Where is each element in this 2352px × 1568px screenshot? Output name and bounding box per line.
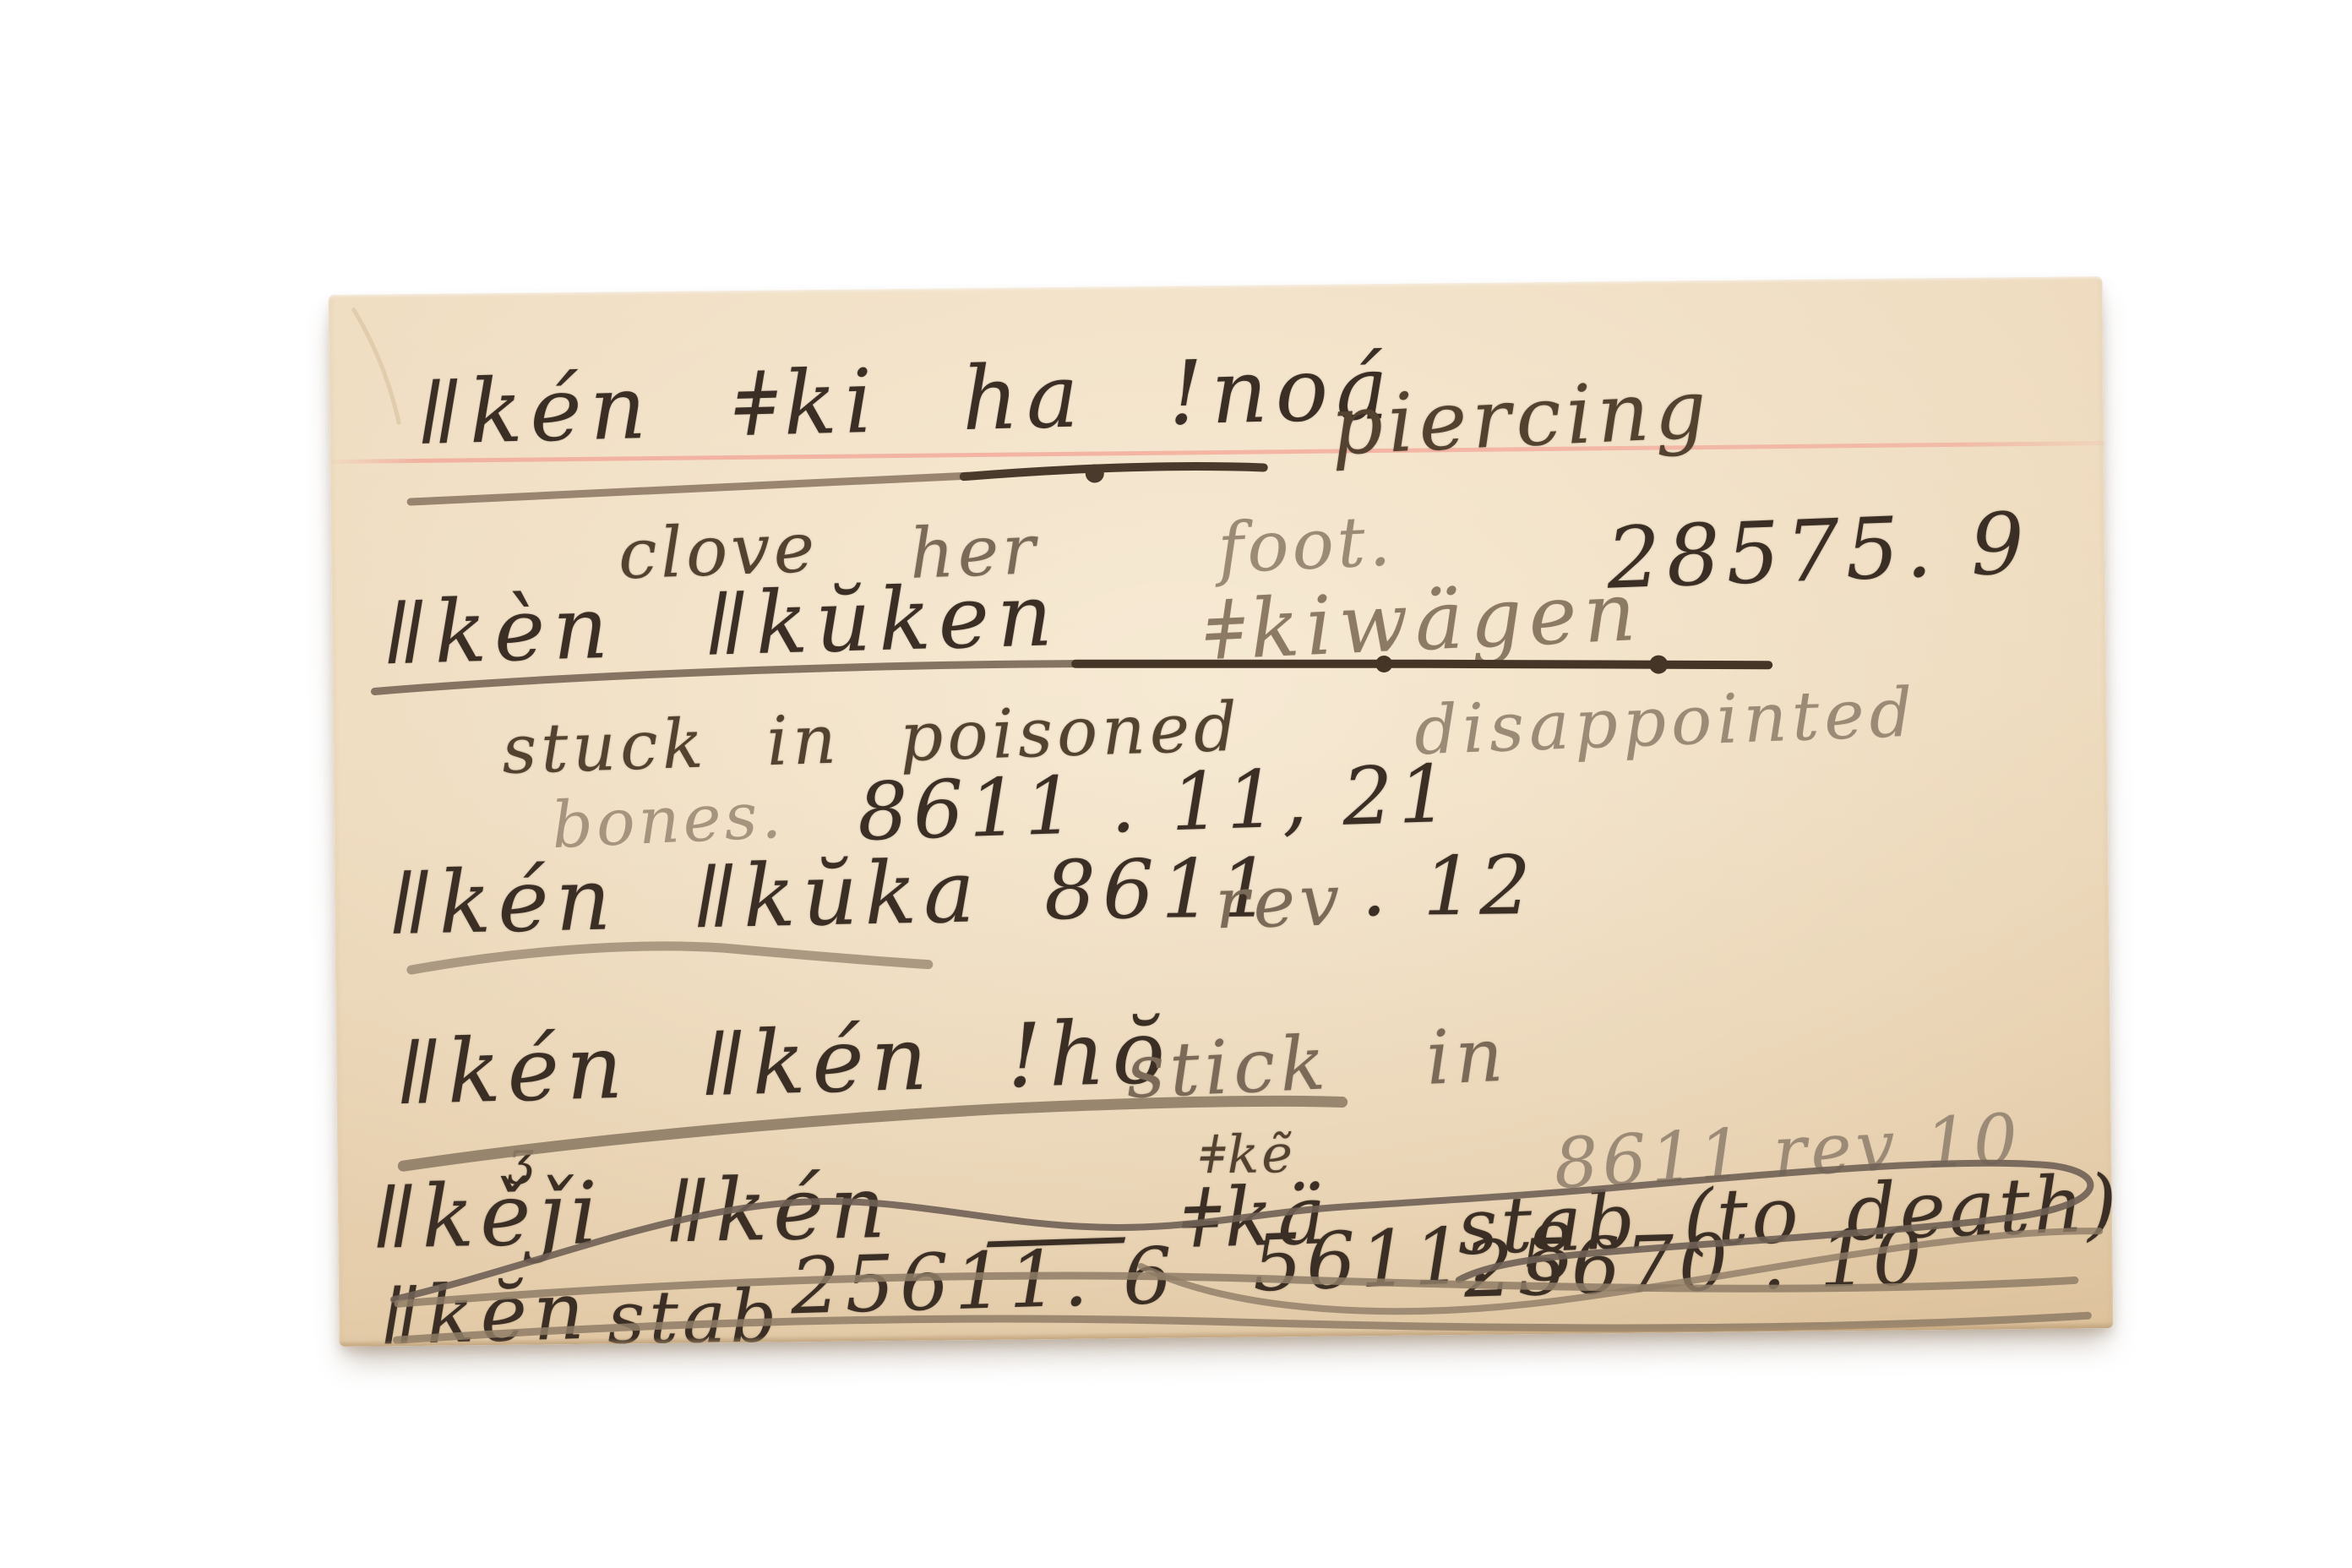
underline-entry-1-ink xyxy=(964,465,1264,476)
entry-6-headword: ǁkĕn xyxy=(380,1272,591,1347)
entry-1-note-word-3: foot. xyxy=(1217,507,1396,584)
entry-4-gloss: stick in xyxy=(1124,1018,1510,1109)
corner-crease xyxy=(354,309,399,423)
entry-2-headword-addition: ǂkiwägen xyxy=(1205,571,1644,672)
entry-3-reference-rev: rev xyxy=(1214,864,1345,939)
photo-backdrop: ǁkén ǂki ha !noá piercing clove her foot… xyxy=(0,0,2352,1568)
entry-6-gloss: stab xyxy=(607,1280,781,1346)
entry-6-reference-3: 25670 . 10 xyxy=(1462,1219,1927,1309)
entry-6-reference-1: 25611. 6 xyxy=(790,1238,1179,1326)
entry-3-headword: ǁkén ǁkŭka xyxy=(389,849,983,948)
entry-2-headword: ǁkèn ǁkŭken xyxy=(383,573,1061,678)
entry-1-gloss: piercing xyxy=(1329,368,1713,466)
entry-4-headword: ǁkén ǁkén !hŏ xyxy=(396,1008,1173,1118)
index-card: ǁkén ǂki ha !noá piercing clove her foot… xyxy=(329,276,2114,1347)
ink-blob-entry-1 xyxy=(1086,464,1104,482)
entry-1-reference: 28575. 9 xyxy=(1605,501,2032,601)
entry-2-reference: 8611 . 11, 21 xyxy=(857,755,1455,853)
underline-entry-1-pencil xyxy=(411,476,968,502)
entry-1-headword: ǁkén ǂki ha !noá xyxy=(417,344,1397,457)
entry-2-note-pencil: disappointed xyxy=(1413,679,1919,765)
ink-blob-entry-2b xyxy=(1649,655,1668,673)
entry-3-reference-page: . 12 xyxy=(1360,845,1536,928)
